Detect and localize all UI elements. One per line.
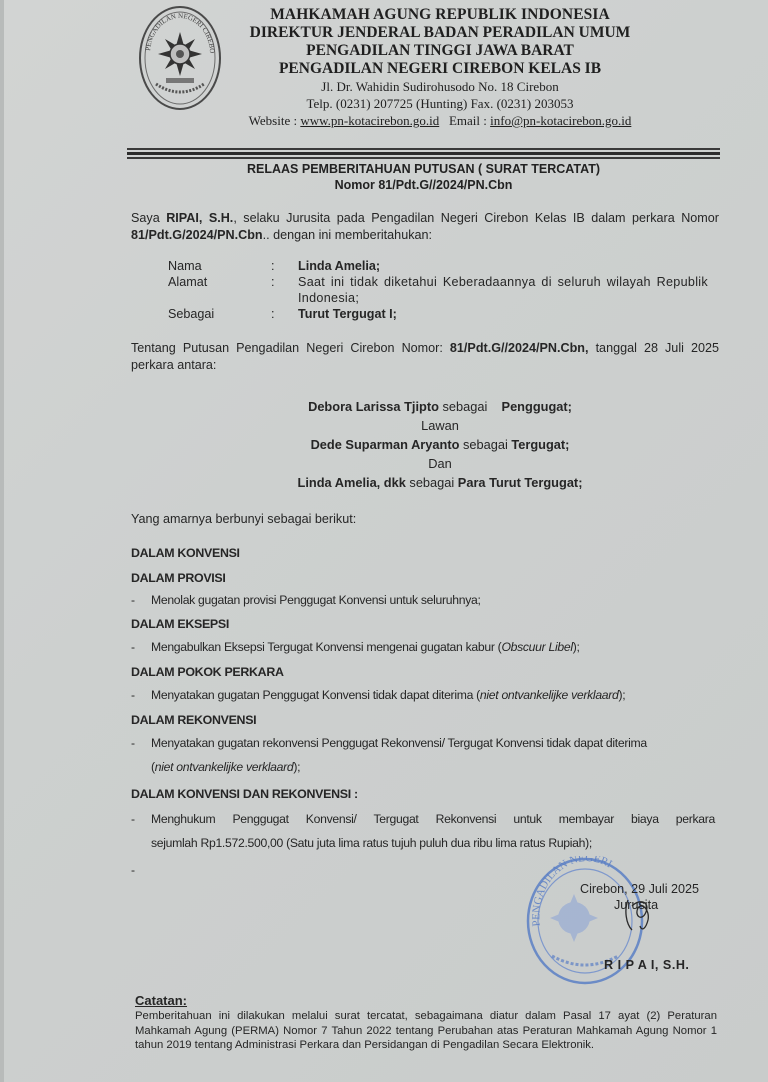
letterhead-line-1: MAHKAMAH AGUNG REPUBLIK INDONESIA bbox=[200, 6, 680, 24]
recipient-row-name: Nama : Linda Amelia; bbox=[168, 258, 708, 274]
website-link[interactable]: www.pn-kotacirebon.go.id bbox=[300, 113, 439, 128]
document-title: RELAAS PEMBERITAHUAN PUTUSAN ( SURAT TER… bbox=[127, 162, 720, 176]
defendant-line: Dede Suparman Aryanto sebagai Tergugat; bbox=[200, 435, 680, 454]
recipient-row-address: Alamat : Saat ini tidak diketahui Kebera… bbox=[168, 274, 708, 306]
plaintiff-role: Penggugat; bbox=[502, 399, 572, 414]
decision-case-number: 81/Pdt.G//2024/PN.Cbn, bbox=[450, 341, 589, 355]
intro-saya: Saya bbox=[131, 211, 166, 225]
costs-text-2: sejumlah Rp1.572.500,00 (Satu juta lima … bbox=[131, 831, 715, 855]
heading-dalam-provisi: DALAM PROVISI bbox=[131, 571, 226, 585]
letterhead-contacts: Website : www.pn-kotacirebon.go.id Email… bbox=[200, 112, 680, 129]
recipient-row-role: Sebagai : Turut Tergugat I; bbox=[168, 306, 708, 322]
note-text: Pemberitahuan ini dilakukan melalui sura… bbox=[135, 1009, 717, 1053]
letterhead: MAHKAMAH AGUNG REPUBLIK INDONESIA DIREKT… bbox=[200, 6, 680, 129]
rekonvensi-italic: niet ontvankelijke verklaard bbox=[155, 760, 294, 774]
colon: : bbox=[271, 306, 298, 322]
heading-dalam-rekonvensi: DALAM REKONVENSI bbox=[131, 713, 256, 727]
costs-text-1: Menghukum Penggugat Konvensi/ Tergugat R… bbox=[151, 807, 715, 831]
versus: Lawan bbox=[200, 416, 680, 435]
bullet-dash: - bbox=[131, 588, 151, 612]
eksepsi-text: Mengabulkan Eksepsi Tergugat Konvensi me… bbox=[151, 640, 501, 654]
email-link[interactable]: info@pn-kotacirebon.go.id bbox=[490, 113, 631, 128]
signer-name: R I P A I, S.H. bbox=[604, 958, 689, 972]
bullet-dash: - bbox=[131, 731, 151, 755]
bailiff-name: RIPAI, S.H. bbox=[166, 211, 233, 225]
recipient-role: Turut Tergugat I; bbox=[298, 306, 708, 322]
bullet-dash: - bbox=[131, 807, 151, 831]
ruling-intro: Yang amarnya berbunyi sebagai berikut: bbox=[131, 511, 719, 528]
bullet-dash: - bbox=[131, 683, 151, 707]
letterhead-address: Jl. Dr. Wahidin Sudirohusodo No. 18 Cire… bbox=[200, 78, 680, 95]
email-label: Email : bbox=[449, 113, 490, 128]
case-number: 81/Pdt.G/2024/PN.Cbn bbox=[131, 228, 263, 242]
intro-paragraph: Saya RIPAI, S.H., selaku Jurusita pada P… bbox=[131, 210, 719, 244]
rekonvensi-item: -Menyatakan gugatan rekonvensi Penggugat… bbox=[131, 731, 715, 779]
eksepsi-end: ); bbox=[573, 640, 580, 654]
decision-ref-text-1: Tentang Putusan Pengadilan Negeri Cirebo… bbox=[131, 341, 450, 355]
defendant-as: sebagai bbox=[459, 437, 511, 452]
decision-reference: Tentang Putusan Pengadilan Negeri Cirebo… bbox=[131, 340, 719, 374]
page-edge bbox=[0, 0, 4, 1082]
eksepsi-italic: Obscuur Libel bbox=[501, 640, 572, 654]
letterhead-line-2: DIREKTUR JENDERAL BADAN PERADILAN UMUM bbox=[200, 24, 680, 42]
and-conjunction: Dan bbox=[200, 454, 680, 473]
colon: : bbox=[271, 258, 298, 274]
costs-item: -Menghukum Penggugat Konvensi/ Tergugat … bbox=[131, 807, 715, 855]
heading-dalam-eksepsi: DALAM EKSEPSI bbox=[131, 617, 229, 631]
co-defendant-name: Linda Amelia, dkk bbox=[298, 475, 406, 490]
intro-text-2: .. dengan ini memberitahukan: bbox=[263, 228, 432, 242]
label-sebagai: Sebagai bbox=[168, 306, 271, 322]
recipient-address: Saat ini tidak diketahui Keberadaannya d… bbox=[298, 274, 708, 306]
rekonvensi-end: ); bbox=[293, 760, 300, 774]
heading-konvensi-rekonvensi: DALAM KONVENSI DAN REKONVENSI : bbox=[131, 787, 358, 801]
label-alamat: Alamat bbox=[168, 274, 271, 306]
label-nama: Nama bbox=[168, 258, 271, 274]
co-defendant-role: Para Turut Tergugat; bbox=[458, 475, 583, 490]
handwritten-signature-icon bbox=[620, 896, 660, 936]
intro-text-1: , selaku Jurusita pada Pengadilan Negeri… bbox=[233, 211, 719, 225]
rekonvensi-text: Menyatakan gugatan rekonvensi Penggugat … bbox=[151, 736, 647, 750]
website-label: Website : bbox=[249, 113, 301, 128]
defendant-name: Dede Suparman Aryanto bbox=[311, 437, 460, 452]
recipient-name: Linda Amelia; bbox=[298, 258, 708, 274]
plaintiff-as: sebagai bbox=[439, 399, 491, 414]
letterhead-phone: Telp. (0231) 207725 (Hunting) Fax. (0231… bbox=[200, 95, 680, 112]
letterhead-line-4: PENGADILAN NEGERI CIREBON KELAS IB bbox=[200, 60, 680, 78]
bullet-dash: - bbox=[131, 858, 151, 882]
heading-pokok-perkara: DALAM POKOK PERKARA bbox=[131, 665, 284, 679]
note-title: Catatan: bbox=[135, 993, 187, 1008]
heading-dalam-konvensi: DALAM KONVENSI bbox=[131, 546, 240, 560]
bullet-dash: - bbox=[131, 635, 151, 659]
provisi-item: -Menolak gugatan provisi Penggugat Konve… bbox=[131, 588, 715, 612]
pokok-italic: niet ontvankelijke verklaard bbox=[480, 688, 619, 702]
parties: Debora Larissa Tjipto sebagai Penggugat;… bbox=[200, 397, 680, 492]
co-defendant-line: Linda Amelia, dkk sebagai Para Turut Ter… bbox=[200, 473, 680, 492]
pokok-item: -Menyatakan gugatan Penggugat Konvensi t… bbox=[131, 683, 715, 707]
recipient-details: Nama : Linda Amelia; Alamat : Saat ini t… bbox=[168, 258, 708, 322]
defendant-role: Tergugat; bbox=[511, 437, 569, 452]
header-divider bbox=[127, 148, 720, 161]
document-number: Nomor 81/Pdt.G//2024/PN.Cbn bbox=[127, 178, 720, 192]
eksepsi-item: -Mengabulkan Eksepsi Tergugat Konvensi m… bbox=[131, 635, 715, 659]
plaintiff-name: Debora Larissa Tjipto bbox=[308, 399, 439, 414]
co-defendant-as: sebagai bbox=[406, 475, 458, 490]
colon: : bbox=[271, 274, 298, 306]
provisi-text: Menolak gugatan provisi Penggugat Konven… bbox=[151, 593, 481, 607]
plaintiff-line: Debora Larissa Tjipto sebagai Penggugat; bbox=[200, 397, 680, 416]
letterhead-line-3: PENGADILAN TINGGI JAWA BARAT bbox=[200, 42, 680, 60]
pokok-text: Menyatakan gugatan Penggugat Konvensi ti… bbox=[151, 688, 480, 702]
pokok-end: ); bbox=[619, 688, 626, 702]
city-date: Cirebon, 29 Juli 2025 bbox=[580, 882, 699, 896]
